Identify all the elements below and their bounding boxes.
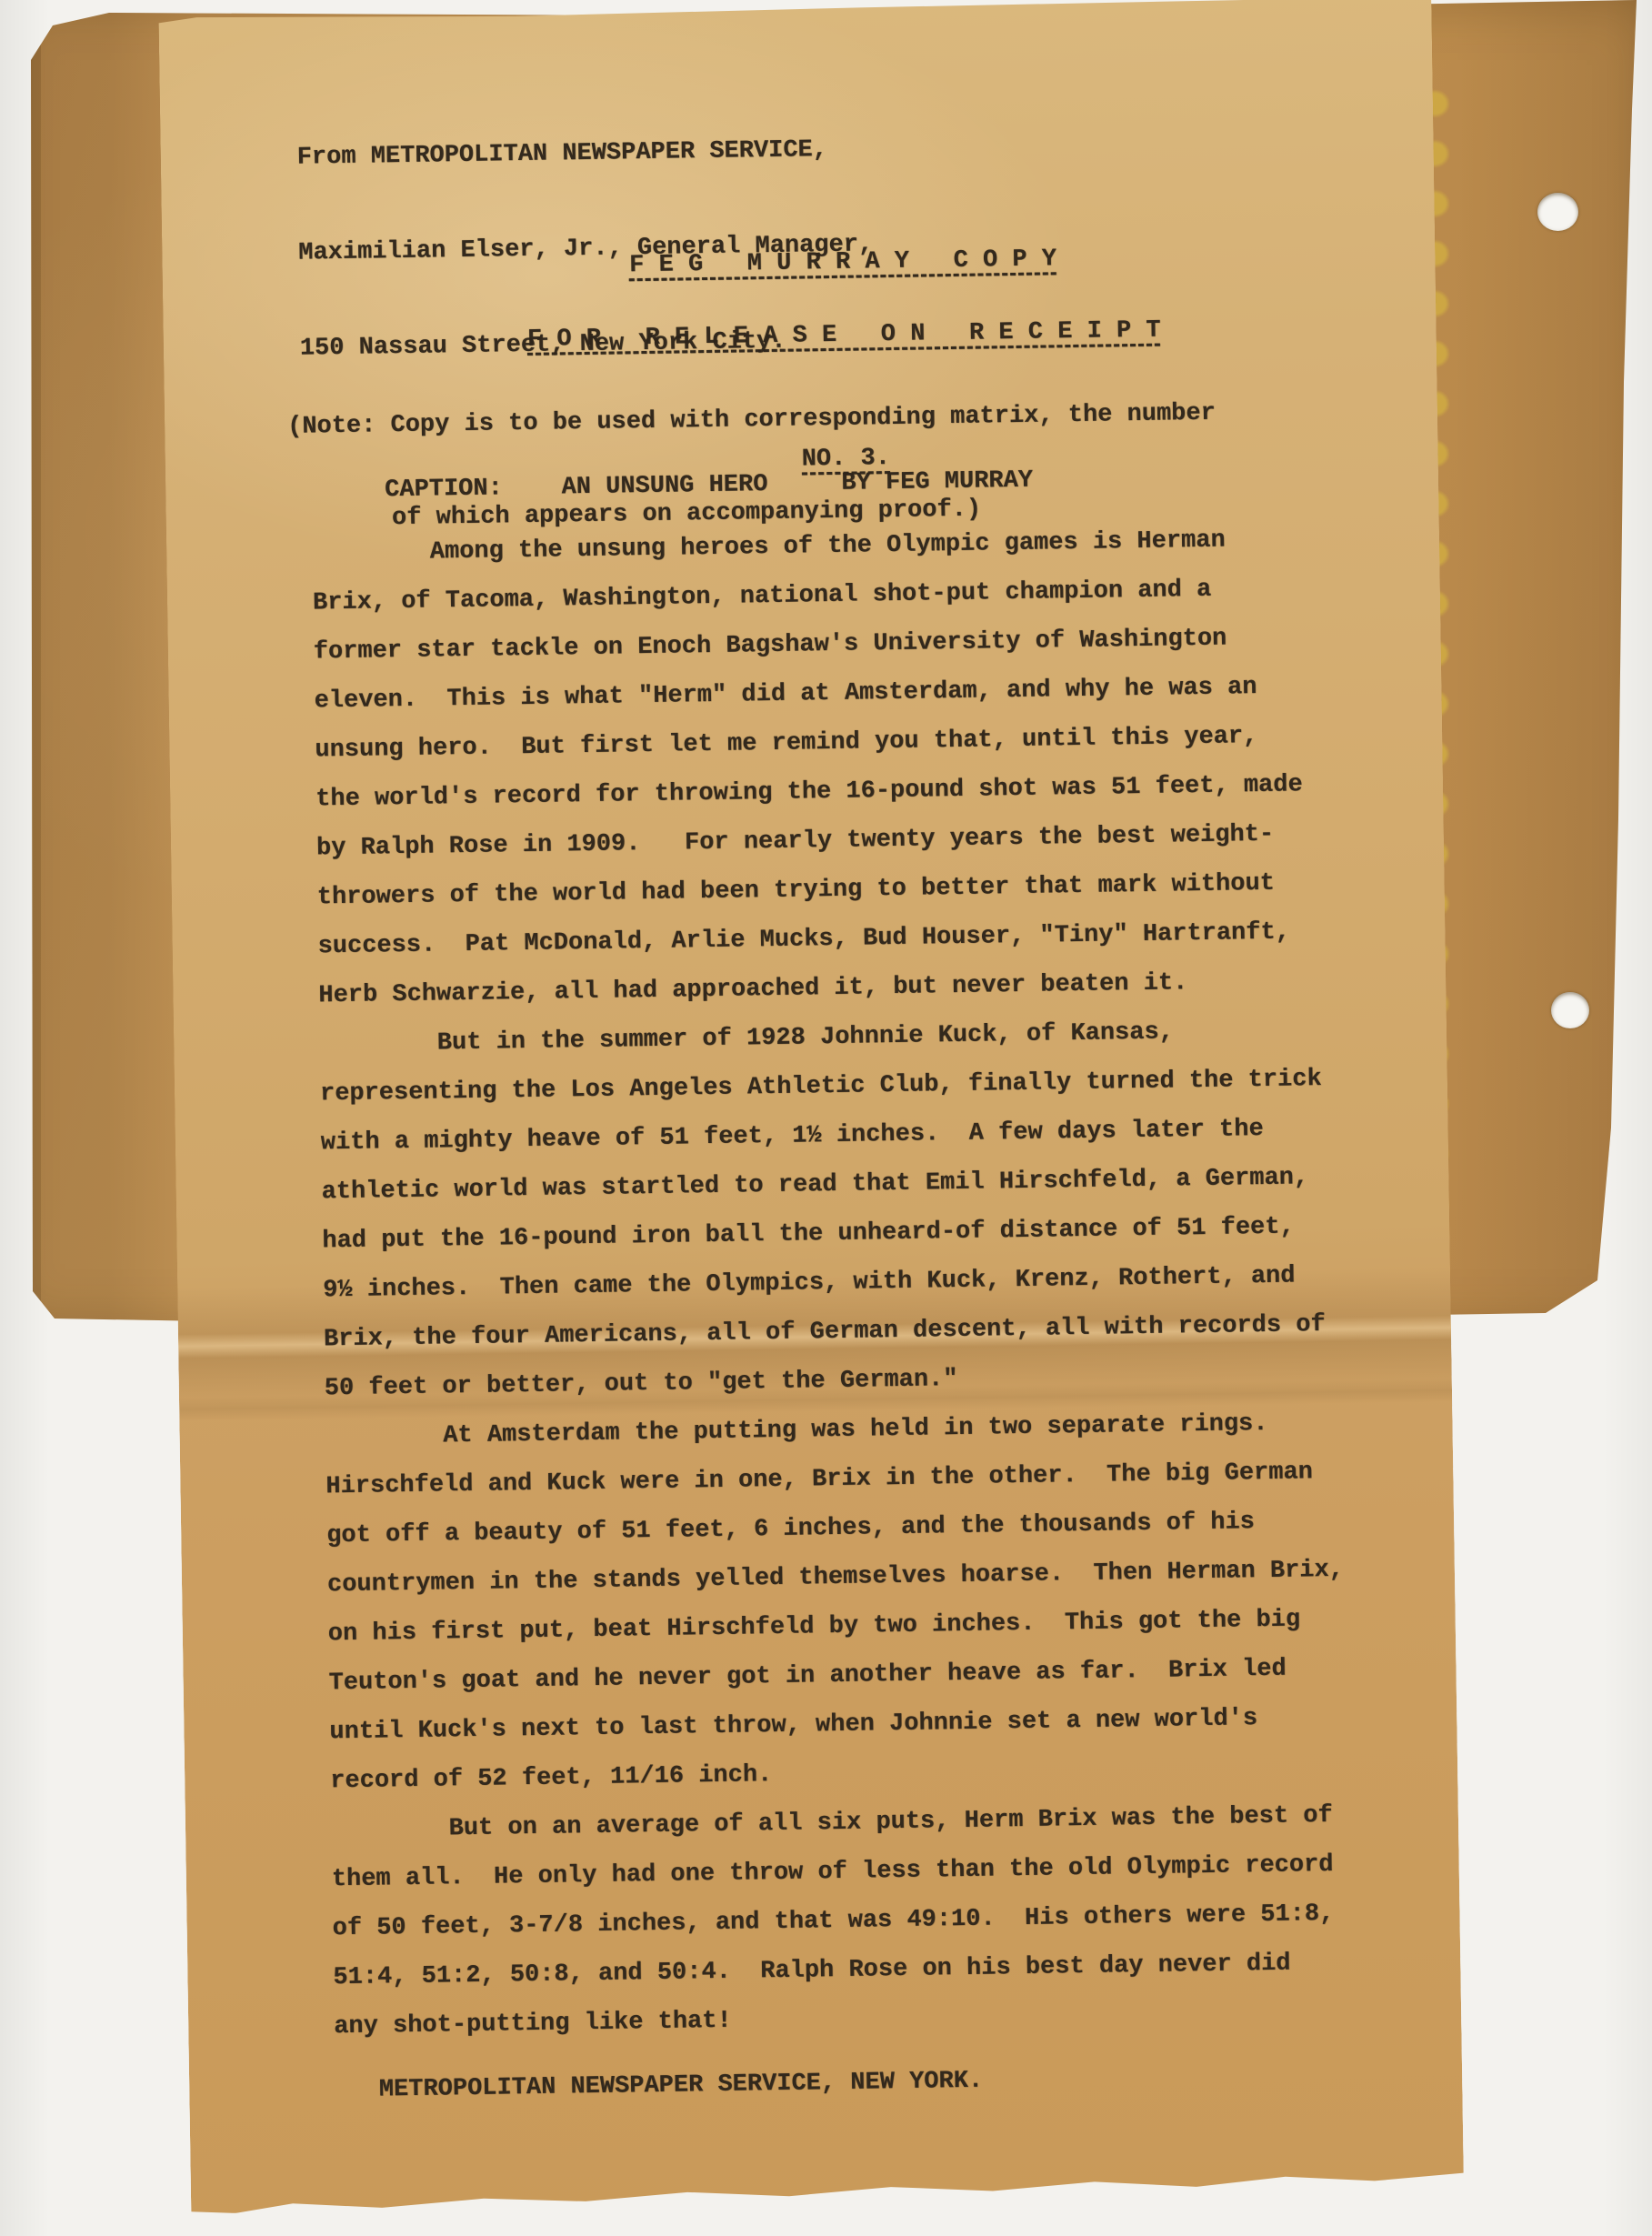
scanned-press-release: From METROPOLITAN NEWSPAPER SERVICE, Max… bbox=[0, 0, 1652, 2236]
typed-page: From METROPOLITAN NEWSPAPER SERVICE, Max… bbox=[158, 0, 1464, 2214]
punch-hole-bottom bbox=[1551, 992, 1589, 1028]
service-footer: METROPOLITAN NEWSPAPER SERVICE, NEW YORK… bbox=[335, 2068, 983, 2105]
sender-line: From METROPOLITAN NEWSPAPER SERVICE, bbox=[297, 134, 872, 174]
copy-heading: F E G M U R R A Y C O P Y bbox=[629, 246, 1056, 279]
article-body: Among the unsung heroes of the Olympic g… bbox=[312, 515, 1351, 2051]
punch-hole-top bbox=[1537, 193, 1578, 231]
